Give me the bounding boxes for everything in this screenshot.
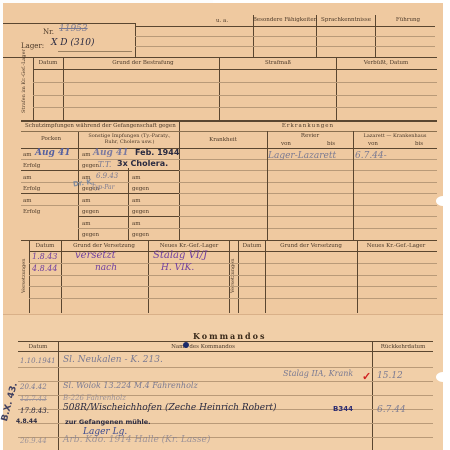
versetzungen-header-lager: Neues Kr.-Gef.-Lager [160,243,219,249]
kommando-2-extra: Stalag IIA, Krank [283,369,353,378]
kommando-2-rueckkehr: 15.12 [377,371,403,381]
strafen-header-verbuesst: Verbüßt, Datum [364,60,408,66]
impfungen-header-pocken: Pocken [41,136,61,142]
kommando-4-rueckkehr: 6.7.44 [377,405,406,415]
sonst-gegen-entry: T.T. [98,160,111,169]
kommando-3-datum: 12.7.43 [20,395,47,403]
strafen-header-datum: Datum [39,60,58,66]
cholera-stamp-date: Feb. 1944 [135,148,179,157]
nr-value: 11953 [59,24,88,34]
strafen-side-label: Strafen im Kr.-Gef.-Lager [21,49,27,113]
pocken-erfolg-label-3: Erfolg [23,209,40,215]
kommando-5-name: zur Gefangenen mühle. [65,418,151,426]
lazarett-bis-label: bis [415,141,423,147]
red-check-mark: ✓ [362,370,371,383]
sonst-am-label-1: am [82,152,91,158]
header-fuehrung: Führung [396,17,420,23]
impfungen-header-sonstige: Sonstige Impfungen (Ty.-Paraty., Ruhr, C… [82,133,177,145]
sonst2-am-label-2: am [132,175,141,181]
versetzung-1-grund: versetzt [75,250,116,261]
versetzungen-header-datum: Datum [36,243,55,249]
pocken-erfolg-label-1: Erfolg [23,163,40,169]
kommandos-section: Kommandos Datum Name des Kommandos Rückk… [3,314,443,450]
revier-entry: Lager-Lazarett [268,151,336,161]
versetzung-1-datum: 1.8.43 [32,252,57,261]
kommandos-header-datum: Datum [29,344,48,350]
pocken-am-label-1: am [23,152,32,158]
erkrankungen-header-krankheit: Krankheit [209,137,237,143]
kommando-2-datum: 20.4.42 [20,383,47,391]
kommando-4-datum: 17.8.43. [20,407,49,415]
header-ua: u. a. [216,18,228,24]
kommando-4-stamp: B344 [333,405,353,413]
sonst2-gegen-label-3: gegen [132,209,149,215]
kommando-4-name: 508R/Wischeichhofen (Zeche Heinrich Robe… [63,403,277,413]
strafen-header-strafmass: Strafmaß [265,60,291,66]
kommando-5-datum: 4.8.44 [16,418,37,425]
second-am-entry: 6.9.43 [96,172,118,180]
lager-value: X D (310) [51,38,95,48]
sonst2-am-label-3: am [132,198,141,204]
sonst-gegen-label-3: gegen [82,209,99,215]
versetzung-2-datum: 4.8.44 [32,264,57,273]
strafen-header-grund: Grund der Bestrafung [112,60,173,66]
versetzungen-side-label-left: Versetzungen [21,259,27,294]
erkrankungen-header-revier: Revier [301,133,319,139]
sonst-am-label-4: am [82,221,91,227]
revier-von-label: von [281,141,291,147]
versetzung-2-lager: H. VIK. [161,263,194,273]
sonst-am-entry: Aug 41 [93,148,128,158]
sonst2-gegen-label-4: gegen [132,232,149,238]
pocken-erfolg-label-2: Erfolg [23,186,40,192]
versetzungen-header-grund: Grund der Versetzung [73,243,135,249]
kommandos-title: Kommandos [193,331,266,341]
versetzung-1-lager: Stalag VI/J [153,250,207,261]
pocken-am-entry: Aug 41 [35,148,70,158]
kommando-7-datum: 26.9.44 [20,437,47,445]
kommandos-header-rueckkehr: Rückkehrdatum [381,344,426,350]
erkrankungen-header-lazarett: Lazarett — Krankenhaus [364,133,427,139]
punch-hole-upper [436,196,450,206]
pocken-am-label-3: am [23,198,32,204]
lazarett-von-entry: 6.7.44- [355,151,387,161]
cholera-stamp-text: 3x Cholera. [117,159,168,168]
ink-dot [183,342,189,348]
kommando-3-name: B-226 Fahrenholz [63,394,126,402]
sonst2-gegen-label-2: gegen [132,186,149,192]
versetzungen-right-header-lager: Neues Kr.-Gef.-Lager [367,243,426,249]
kommando-1-datum: 1.10.1941 [20,357,56,365]
erkrankungen-title: Erkrankungen [282,123,334,129]
punch-hole-lower [436,372,450,382]
versetzungen-right-header-grund: Grund der Versetzung [280,243,342,249]
kommando-7-name: Arb. Kdo. 1914 Halle (Kr. Lasse) [63,435,210,445]
sonst-am-label-3: am [82,198,91,204]
sonst2-am-label-4: am [132,221,141,227]
versetzung-2-grund: nach [95,263,117,273]
pocken-am-label-2: am [23,175,32,181]
header-besondere-faehigkeiten: Besondere Fähigkeiten [253,17,317,23]
nr-label: Nr. [43,28,54,36]
kommando-1-name: Sl. Neukalen - K. 213. [63,355,163,365]
header-sprachkenntnisse: Sprachkenntnisse [321,17,371,23]
kommandos-header-name: Name des Kommandos [171,344,235,350]
revier-bis-label: bis [327,141,335,147]
sonst-gegen-label-4: gegen [82,232,99,238]
sonst-gegen-label-1: gegen [82,163,99,169]
impfungen-title: Schutzimpfungen während der Gefangenscha… [25,123,176,129]
kommando-2-name: Sl. Wolok 13.224 M.4 Fahrenholz [63,381,198,390]
versetzungen-right-header-datum: Datum [243,243,262,249]
lazarett-von-label: von [368,141,378,147]
